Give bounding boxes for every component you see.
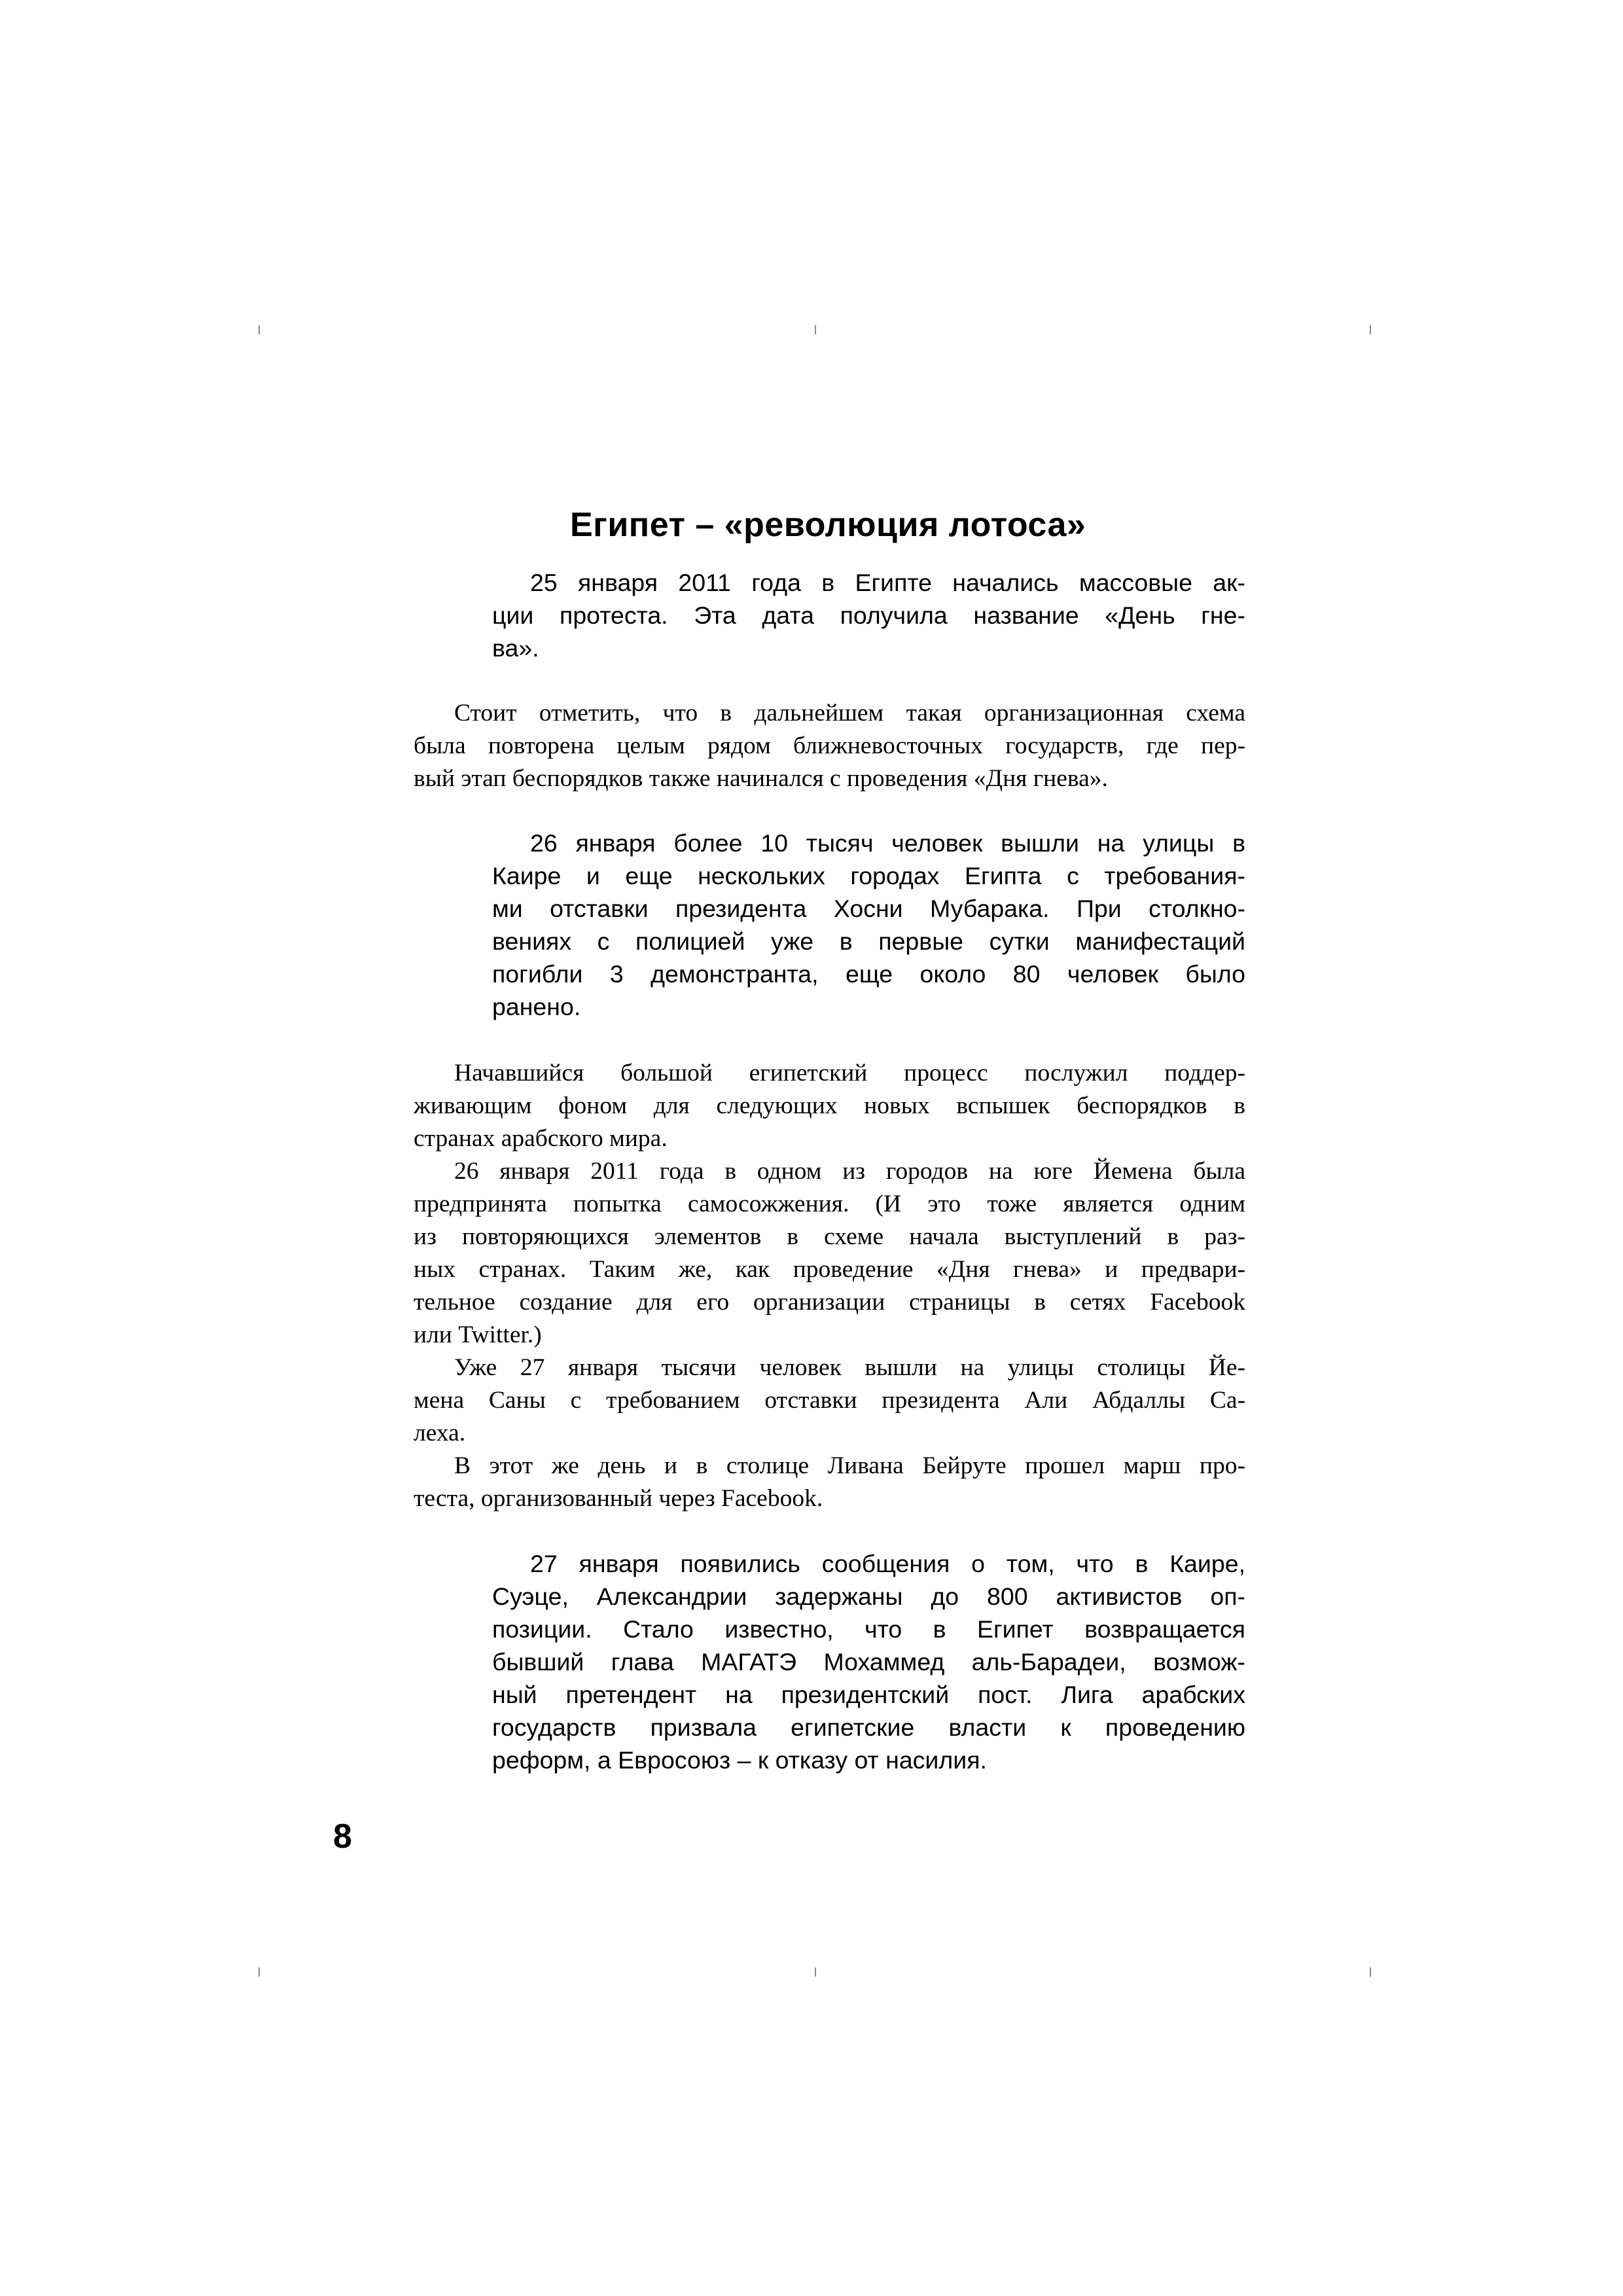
text-line: ми отставки президента Хосни Мубарака. П… [492, 892, 1245, 925]
text-line: была повторена целым рядом ближневосточн… [414, 730, 1245, 762]
text-line: тельное создание для его организации стр… [414, 1286, 1245, 1319]
text-line: ных странах. Таким же, как проведение «Д… [414, 1253, 1245, 1286]
text-line: странах арабского мира. [414, 1122, 1245, 1155]
quote-block-2: 26 января более 10 тысяч человек вышли н… [492, 827, 1245, 1023]
text-line: 27 января появились сообщения о том, что… [492, 1547, 1245, 1580]
body-paragraph-2: Начавшийся большой египетский процесс по… [414, 1057, 1245, 1515]
body-paragraph-1: Стоит отметить, что в дальнейшем такая о… [414, 697, 1245, 795]
text-line: ранено. [492, 990, 1245, 1023]
text-line: мена Саны с требованием отставки президе… [414, 1384, 1245, 1417]
crop-mark-bottom-right [1370, 1967, 1371, 1977]
text-line: вый этап беспорядков также начинался с п… [414, 762, 1245, 795]
crop-mark-bottom-left [259, 1967, 260, 1977]
text-line: или Twitter.) [414, 1319, 1245, 1352]
text-line: 26 января более 10 тысяч человек вышли н… [492, 827, 1245, 859]
book-page: Египет – «революция лотоса» 25 января 20… [0, 0, 1623, 2296]
quote-block-1: 25 января 2011 года в Египте начались ма… [492, 566, 1245, 664]
text-line: ции протеста. Эта дата получила название… [492, 599, 1245, 632]
text-line: государств призвала египетские власти к … [492, 1711, 1245, 1744]
text-line: В этот же день и в столице Ливана Бейрут… [414, 1450, 1245, 1482]
text-line: из повторяющихся элементов в схеме начал… [414, 1221, 1245, 1253]
text-line: 25 января 2011 года в Египте начались ма… [492, 566, 1245, 599]
text-line: 26 января 2011 года в одном из городов н… [414, 1155, 1245, 1188]
crop-mark-top-left [259, 325, 260, 334]
text-line: Суэце, Александрии задержаны до 800 акти… [492, 1580, 1245, 1613]
text-line: предпринята попытка самосожжения. (И это… [414, 1188, 1245, 1221]
crop-mark-bottom-center [815, 1967, 816, 1977]
crop-mark-top-center [815, 325, 816, 334]
text-line: позиции. Стало известно, что в Египет во… [492, 1613, 1245, 1645]
text-line: Начавшийся большой египетский процесс по… [414, 1057, 1245, 1090]
text-line: ва». [492, 632, 1245, 664]
quote-block-3: 27 января появились сообщения о том, что… [492, 1547, 1245, 1776]
text-line: ный претендент на президентский пост. Ли… [492, 1678, 1245, 1711]
text-line: Стоит отметить, что в дальнейшем такая о… [414, 697, 1245, 730]
text-line: леха. [414, 1417, 1245, 1450]
crop-mark-top-right [1370, 325, 1371, 334]
text-line: погибли 3 демонстранта, еще около 80 чел… [492, 958, 1245, 990]
text-line: реформ, а Евросоюз – к отказу от насилия… [492, 1744, 1245, 1776]
text-line: Уже 27 января тысячи человек вышли на ул… [414, 1352, 1245, 1384]
text-line: теста, организованный через Facebook. [414, 1482, 1245, 1515]
text-line: Каире и еще нескольких городах Египта с … [492, 859, 1245, 892]
chapter-title: Египет – «революция лотоса» [570, 505, 1086, 545]
page-number: 8 [333, 1817, 352, 1856]
text-line: вениях с полицией уже в первые сутки ман… [492, 925, 1245, 958]
text-line: живающим фоном для следующих новых вспыш… [414, 1090, 1245, 1122]
text-line: бывший глава МАГАТЭ Мохаммед аль-Барадеи… [492, 1645, 1245, 1678]
